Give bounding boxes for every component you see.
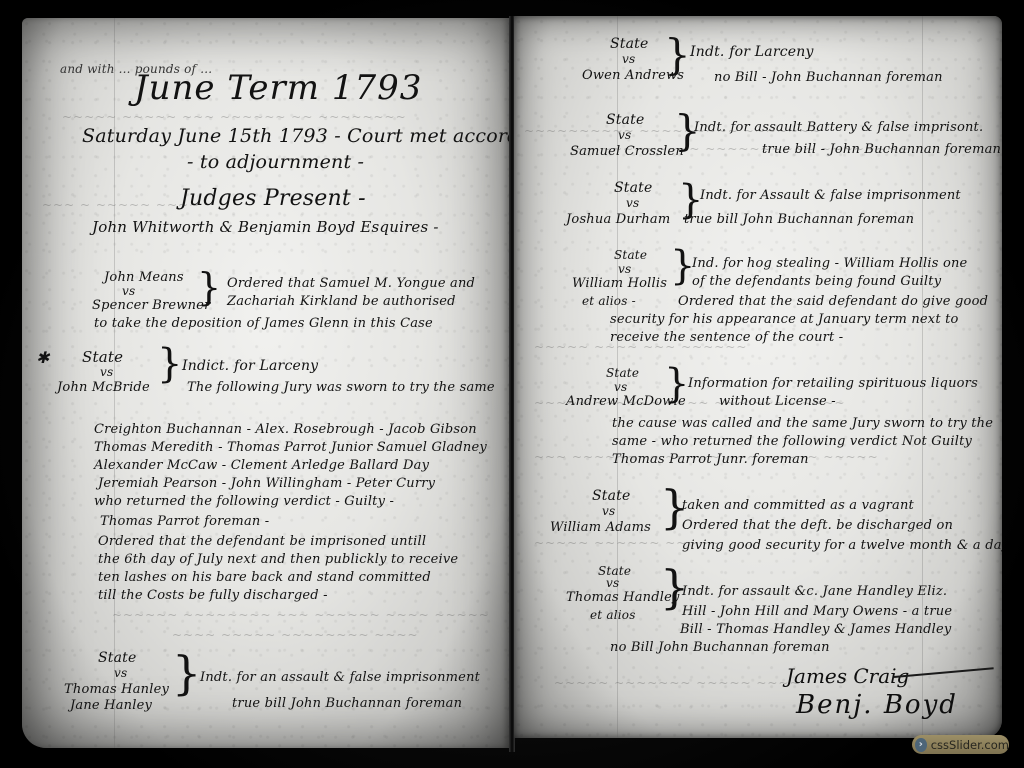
party-vs: vs — [122, 284, 135, 298]
party-plaintiff: State — [614, 248, 647, 262]
margin-mark: ✱ — [36, 348, 50, 367]
charge-text: Indt. for assault Battery & false impris… — [694, 120, 983, 135]
order-line: till the Costs be fully discharged - — [98, 588, 328, 603]
party-vs: vs — [622, 52, 635, 66]
order-line: Ordered that the defendant be imprisoned… — [98, 534, 426, 549]
bleed-through-text: ~~~ ~ ~~~~~ ~~~~ — [42, 198, 200, 212]
brace-icon: } — [664, 364, 689, 404]
entry-text: true bill John Buchannan foreman — [232, 696, 462, 711]
signature-james-craig: James Craig — [786, 664, 909, 688]
order-line: receive the sentence of the court - — [610, 330, 843, 345]
bleed-through-text: ~~~~~ ~~~~~~~ ~~~~~ ~~~~ — [554, 676, 801, 690]
signature-benj-boyd: Benj. Boyd — [796, 690, 958, 720]
party-vs: vs — [606, 576, 619, 590]
judges-heading: Judges Present - — [180, 186, 366, 211]
entry-text: to take the deposition of James Glenn in… — [94, 316, 433, 331]
term-title: June Term 1793 — [134, 68, 422, 108]
party-defendant: Joshua Durham — [566, 212, 670, 227]
party-et-alios: et alios — [590, 608, 636, 622]
verdict-line: who returned the following verdict - Gui… — [94, 494, 394, 509]
party-plaintiff: State — [614, 180, 652, 196]
bleed-through-text: ~~~~ ~~~~~ ~~~~~~~~ ~~~~ — [172, 628, 419, 642]
bleed-through-text: ~~~~~~ ~~~~~~~~ ~~~ ~~~~~~ ~~~~ ~~~~~ — [112, 608, 490, 622]
entry-text: The following Jury was sworn to try the … — [187, 380, 495, 395]
bleed-through-text: ~~~~~ ~~~~~ ~~~ ~~~~~~ ~~ ~~~~~~~~ — [62, 110, 407, 124]
charge-text: Ind. for hog stealing - William Hollis o… — [692, 256, 967, 271]
party-vs: vs — [114, 666, 127, 680]
order-line: Ordered that the said defendant do give … — [678, 294, 988, 309]
party-vs: vs — [602, 504, 615, 518]
party-plaintiff: State — [606, 112, 644, 128]
entry-text: no Bill John Buchannan foreman — [610, 640, 830, 655]
left-page: ~~~~~ ~~~~~ ~~~ ~~~~~~ ~~ ~~~~~~~~ ~~~ ~… — [22, 18, 510, 748]
party-defendant: William Hollis — [572, 276, 667, 291]
party-plaintiff: State — [98, 650, 136, 666]
charge-text-cont: without License - — [719, 394, 836, 409]
order-line: giving good security for a twelve month … — [682, 538, 1002, 553]
charge-text: Indt. for Assault & false imprisonment — [700, 188, 961, 203]
party-defendant: Samuel Crosslen — [570, 144, 684, 159]
entry-text: Hill - John Hill and Mary Owens - a true — [682, 604, 952, 619]
charge-text: Indt. for assault &c. Jane Handley Eliz. — [682, 584, 947, 599]
charge-text: Indt. for Larceny — [690, 44, 814, 60]
order-line: ten lashes on his bare back and stand co… — [98, 570, 431, 585]
order-line: the 6th day of July next and then public… — [98, 552, 458, 567]
entry-text: true bill John Buchannan foreman — [684, 212, 914, 227]
judges-line: John Whitworth & Benjamin Boyd Esquires … — [92, 218, 439, 236]
party-defendant: Thomas Hanley — [64, 682, 169, 697]
party-defendant: Spencer Brewner — [92, 298, 210, 313]
session-line-2: - to adjournment - — [187, 151, 364, 173]
party-plaintiff: State — [610, 36, 648, 52]
foreman-line: Thomas Parrot Junr. foreman — [612, 452, 809, 467]
jury-line: Jeremiah Pearson - John Willingham - Pet… — [98, 476, 435, 491]
entry-text: Zachariah Kirkland be authorised — [227, 294, 456, 309]
party-plaintiff: State — [606, 366, 639, 380]
brace-icon: } — [157, 344, 182, 384]
jury-line: Thomas Meredith - Thomas Parrot Junior S… — [94, 440, 487, 455]
party-et-alios: et alios - — [582, 294, 636, 308]
cssslider-watermark-link[interactable]: › cssSlider.com — [912, 735, 1009, 754]
party-defendant: William Adams — [550, 520, 651, 535]
entry-text: Ordered that Samuel M. Yongue and — [227, 276, 475, 291]
brace-icon: } — [172, 650, 201, 696]
charge-text: Indt. for an assault & false imprisonmen… — [200, 670, 480, 685]
entry-text: no Bill - John Buchannan foreman — [714, 70, 943, 85]
foreman-line: Thomas Parrot foreman - — [100, 514, 269, 529]
order-line: security for his appearance at January t… — [610, 312, 959, 327]
party-vs: vs — [618, 262, 631, 276]
watermark-label: cssSlider.com — [931, 738, 1009, 752]
charge-text: Information for retailing spirituous liq… — [688, 376, 978, 391]
entry-text: of the defendants being found Guilty — [692, 274, 941, 289]
charge-text: Indict. for Larceny — [182, 358, 318, 374]
entry-text: true bill - John Buchannan foreman — [762, 142, 1001, 157]
entry-text: Bill - Thomas Handley & James Handley — [680, 622, 951, 637]
party-plaintiff: State — [82, 348, 123, 366]
brace-icon: } — [664, 34, 691, 76]
party-defendant: Jane Hanley — [70, 698, 152, 713]
entry-text: the cause was called and the same Jury s… — [612, 416, 993, 431]
document-viewer: ~~~~~ ~~~~~ ~~~ ~~~~~~ ~~ ~~~~~~~~ ~~~ ~… — [0, 0, 1024, 768]
order-line: Ordered that the deft. be discharged on — [682, 518, 953, 533]
jury-line: Alexander McCaw - Clement Arledge Ballar… — [94, 458, 429, 473]
jury-line: Creighton Buchannan - Alex. Rosebrough -… — [94, 422, 477, 437]
party-plaintiff: State — [592, 488, 630, 504]
party-defendant: John McBride — [57, 380, 150, 395]
entry-text: same - who returned the following verdic… — [612, 434, 972, 449]
party-vs: vs — [614, 380, 627, 394]
party-vs: vs — [626, 196, 639, 210]
party-vs: vs — [618, 128, 631, 142]
party-plaintiff: John Means — [104, 270, 184, 285]
party-vs: vs — [100, 365, 113, 379]
brace-icon: } — [197, 268, 221, 306]
chevron-right-icon: › — [915, 738, 927, 752]
right-page: ~~~~~~~~~~ ~~~~~~~~~ ~~~~~~~ ~~ ~~~~~~~~… — [514, 16, 1002, 738]
charge-text: taken and committed as a vagrant — [682, 498, 914, 513]
session-line-1: Saturday June 15th 1793 - Court met acco… — [82, 125, 510, 147]
